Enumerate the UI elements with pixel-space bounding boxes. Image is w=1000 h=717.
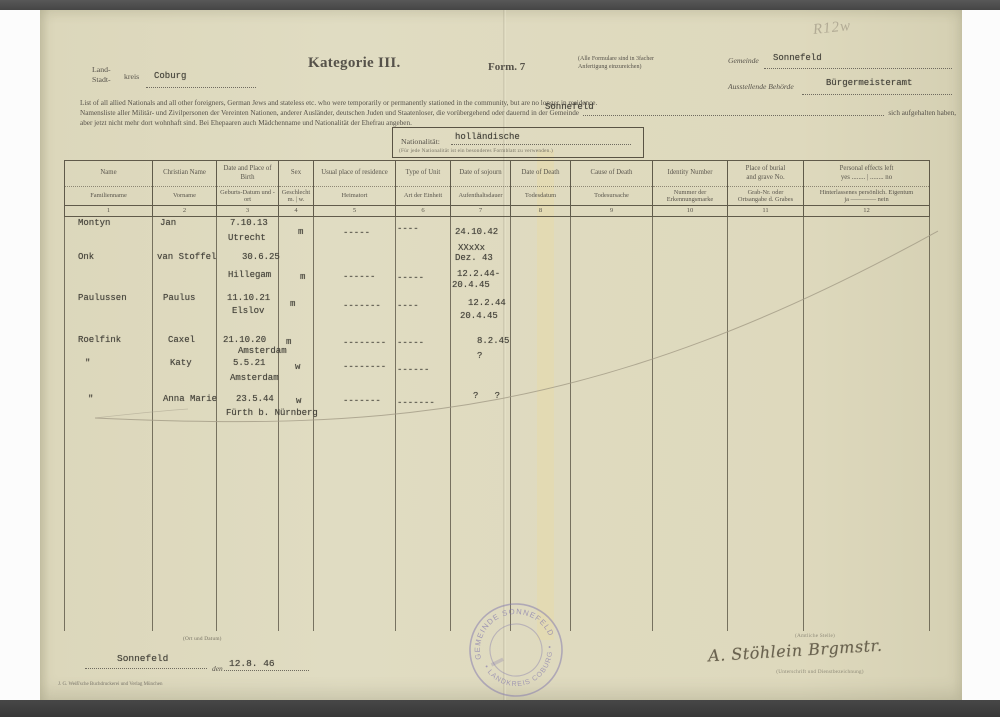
entry-christian-name: van Stoffel — [157, 252, 216, 262]
entry-sex: m — [286, 337, 291, 347]
entry-residence-dashes: -------- — [343, 362, 386, 372]
entry-birth-date: 23.5.44 — [236, 394, 274, 404]
scan-border-top — [0, 0, 1000, 10]
place-value: Sonnefeld — [117, 653, 168, 664]
entry-christian-name: Jan — [160, 218, 176, 228]
scanned-document-view: R12w Land- Stadt- kreis Coburg Kategorie… — [0, 0, 1000, 717]
entry-christian-name: Paulus — [163, 293, 195, 303]
entry-sex: m — [300, 272, 305, 282]
entry-residence-dashes: ------ — [343, 272, 375, 282]
signature-note-below: (Unterschrift und Dienstbezeichnung) — [735, 669, 905, 675]
entry-unit-dashes: ----- — [397, 273, 424, 283]
entry-sex: m — [298, 227, 303, 237]
entry-family-name: Montyn — [78, 218, 110, 228]
entry-sex: w — [296, 396, 301, 406]
scan-border-bottom — [0, 700, 1000, 717]
entry-sojourn: Dez. 43 — [455, 253, 493, 263]
entry-sojourn: XXxXx — [458, 243, 485, 253]
entry-christian-name: Katy — [170, 358, 192, 368]
entry-unit-dashes: ----- — [397, 338, 424, 348]
entry-birth-place: Fürth b. Nürnberg — [226, 408, 318, 418]
entry-sojourn: 12.2.44 — [468, 298, 506, 308]
entry-sojourn: 24.10.42 — [455, 227, 498, 237]
entry-unit-dashes: ---- — [397, 301, 419, 311]
entry-family-name: " — [88, 394, 93, 404]
entry-birth-date: 21.10.20 — [223, 335, 266, 345]
entry-birth-place: Amsterdam — [230, 373, 279, 383]
entry-birth-place: Hillegam — [228, 270, 271, 280]
entry-christian-name: Caxel — [168, 335, 195, 345]
printer-imprint: J. G. Weiß'sche Buchdruckerei und Verlag… — [58, 682, 162, 687]
entry-family-name: Paulussen — [78, 293, 127, 303]
entry-christian-name: Anna Marie — [163, 394, 217, 404]
date-value: 12.8. 46 — [229, 658, 275, 669]
entry-unit-dashes: ------ — [397, 365, 429, 375]
entry-sojourn: 20.4.45 — [460, 311, 498, 321]
entry-sojourn: 12.2.44- — [457, 269, 500, 279]
entry-birth-place: Utrecht — [228, 233, 266, 243]
entry-family-name: " — [85, 358, 90, 368]
typed-entries-layer: MontynJan7.10.13Utrechtm---------24.10.4… — [40, 10, 962, 700]
entry-family-name: Roelfink — [78, 335, 121, 345]
entry-residence-dashes: ------- — [343, 301, 381, 311]
entry-sojourn: 8.2.45 — [477, 336, 509, 346]
entry-birth-place: Amsterdam — [238, 346, 287, 356]
place-date-note: (Ort und Datum) — [183, 636, 222, 642]
entry-sojourn: ? — [477, 351, 482, 361]
entry-sex: w — [295, 362, 300, 372]
entry-sojourn: ? ? — [473, 391, 500, 401]
entry-sex: m — [290, 299, 295, 309]
entry-birth-date: 5.5.21 — [233, 358, 265, 368]
entry-residence-dashes: ----- — [343, 228, 370, 238]
entry-unit-dashes: ---- — [397, 224, 419, 234]
date-blank-line — [224, 670, 309, 671]
document-page: R12w Land- Stadt- kreis Coburg Kategorie… — [40, 10, 962, 700]
entry-birth-place: Elslov — [232, 306, 264, 316]
entry-unit-dashes: ------- — [397, 398, 435, 408]
entry-birth-date: 7.10.13 — [230, 218, 268, 228]
entry-birth-date: 11.10.21 — [227, 293, 270, 303]
entry-birth-date: 30.6.25 — [242, 252, 280, 262]
date-label: den — [212, 664, 223, 673]
entry-sojourn: 20.4.45 — [452, 280, 490, 290]
entry-residence-dashes: ------- — [343, 396, 381, 406]
place-blank-line — [85, 668, 207, 669]
entry-family-name: Onk — [78, 252, 94, 262]
entry-residence-dashes: -------- — [343, 338, 386, 348]
